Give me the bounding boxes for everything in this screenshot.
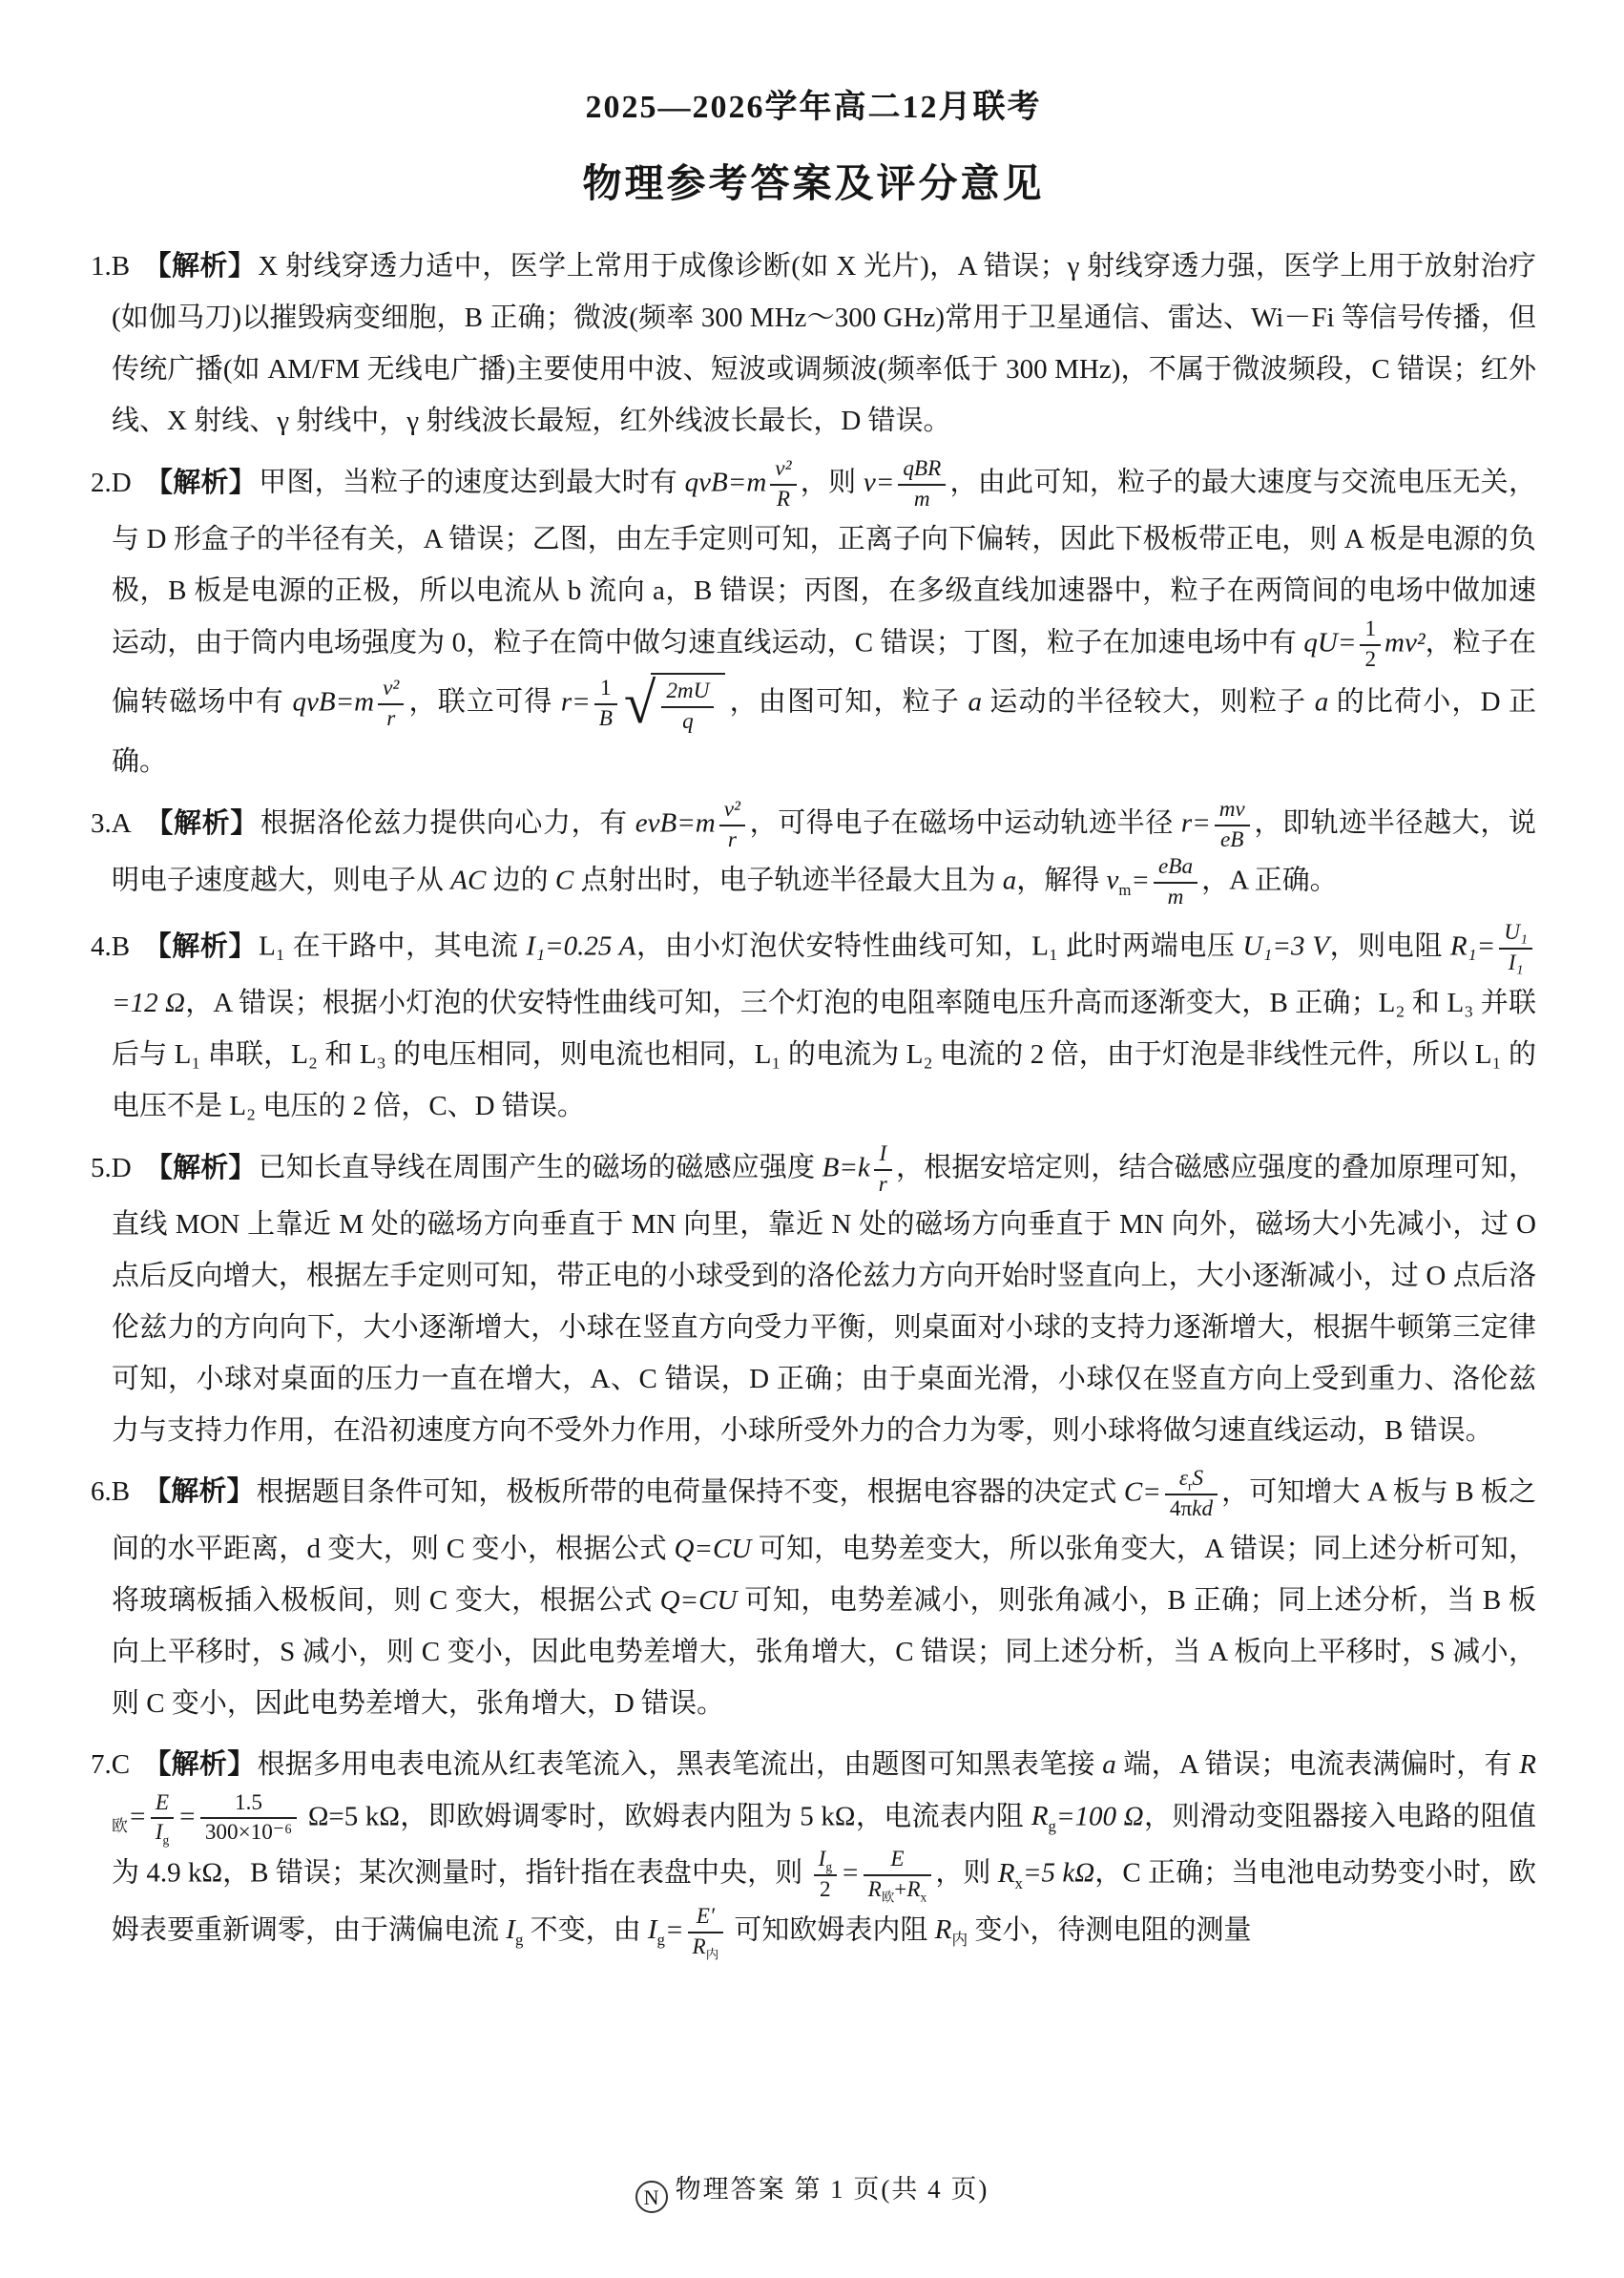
text-run: 300×10⁻⁶ bbox=[205, 1820, 292, 1845]
math-variable: C bbox=[555, 865, 573, 895]
math-variable: = bbox=[177, 1801, 197, 1831]
text-run: L₁ 在干路中，其电流 bbox=[259, 931, 526, 962]
text-run: ，则电阻 bbox=[1329, 931, 1450, 962]
math-variable: r bbox=[728, 827, 737, 852]
math-variable: r= bbox=[561, 687, 591, 718]
subscripted-variable: Ig bbox=[506, 1914, 523, 1945]
text-run: ，则 bbox=[801, 468, 864, 498]
text-run: 1 bbox=[1364, 617, 1376, 641]
answers-list: 1.B【解析】X 射线穿透力适中，医学上常用于成像诊断(如 X 光片)，A 错误… bbox=[91, 240, 1536, 1961]
math-variable: v= bbox=[864, 468, 894, 498]
math-variable: v² bbox=[775, 456, 791, 481]
answer-item: 6.B【解析】根据题目条件可知，极板所带的电荷量保持不变，根据电容器的决定式 C… bbox=[91, 1466, 1536, 1729]
text-run: 1.5 bbox=[235, 1790, 262, 1815]
fraction: v²r bbox=[719, 797, 745, 854]
math-variable: I₁=0.25 A bbox=[526, 931, 635, 962]
math-variable: I bbox=[879, 1141, 886, 1166]
text-run: ，根据安培定则，结合磁感应强度的叠加原理可知，直线 MON 上靠近 M 处的磁场… bbox=[112, 1153, 1536, 1446]
analysis-tag: 【解析】 bbox=[143, 1476, 254, 1507]
fraction: 12 bbox=[1360, 617, 1381, 674]
fraction: mveB bbox=[1215, 797, 1250, 854]
fraction: v²r bbox=[378, 676, 404, 733]
answer-item: 4.B【解析】L₁ 在干路中，其电流 I₁=0.25 A，由小灯泡伏安特性曲线可… bbox=[91, 920, 1536, 1132]
math-variable: =5 kΩ bbox=[1023, 1858, 1094, 1889]
text-run: 1 bbox=[600, 676, 612, 700]
fraction: qBRm bbox=[898, 456, 946, 513]
text-run: ，A 正确。 bbox=[1201, 865, 1338, 895]
text-run: 甲图，当粒子的速度达到最大时有 bbox=[259, 468, 685, 498]
fraction: 1B bbox=[594, 676, 617, 733]
math-variable: qvB=m bbox=[685, 468, 767, 498]
segment-group: εrS bbox=[1179, 1466, 1203, 1491]
text-run: ，可得电子在磁场中运动轨迹半径 bbox=[749, 808, 1181, 839]
subscripted-variable: εr bbox=[1179, 1466, 1193, 1491]
math-variable: Q=CU bbox=[674, 1534, 751, 1564]
math-variable: m bbox=[914, 487, 930, 512]
text-run: ，则 bbox=[935, 1858, 998, 1889]
text-run: 根据题目条件可知，极板所带的电荷量保持不变，根据电容器的决定式 bbox=[257, 1476, 1124, 1507]
math-variable: S bbox=[1192, 1466, 1203, 1491]
text-run: 根据多用电表电流从红表笔流入，黑表笔流出，由题图可知黑表笔接 bbox=[257, 1749, 1102, 1780]
analysis-tag: 【解析】 bbox=[143, 251, 256, 282]
text-run: 端，A 错误；电流表满偏时，有 bbox=[1116, 1749, 1520, 1780]
math-variable: qvB=m bbox=[293, 687, 375, 718]
math-variable: r= bbox=[1181, 808, 1211, 839]
square-root: √2mUq bbox=[624, 673, 726, 736]
subscripted-variable: Rg bbox=[1031, 1801, 1056, 1831]
text-run: 运动的半径较大，则粒子 bbox=[982, 687, 1315, 718]
fraction: Ig2 bbox=[814, 1847, 837, 1904]
fraction: εrS4πkd bbox=[1165, 1466, 1218, 1523]
subscripted-variable: Ig bbox=[156, 1820, 169, 1845]
math-variable: kd bbox=[1192, 1496, 1213, 1521]
text-run: 边的 bbox=[486, 865, 555, 895]
math-variable: r bbox=[879, 1172, 887, 1197]
text-run: ，联立可得 bbox=[407, 687, 561, 718]
math-variable: v² bbox=[724, 797, 740, 822]
answer-key-subtitle: 物理参考答案及评分意见 bbox=[91, 152, 1536, 208]
math-variable: eB bbox=[1220, 827, 1243, 852]
fraction: E′R内 bbox=[688, 1904, 724, 1961]
answer-number: 5.D bbox=[91, 1153, 132, 1183]
text-run: 点射出时，电子轨迹半径最大且为 bbox=[573, 865, 1003, 895]
answer-number: 3.A bbox=[91, 808, 132, 839]
text-run: ，A 错误；根据小灯泡的伏安特性曲线可知，三个灯泡的电阻率随电压升高而逐渐变大，… bbox=[112, 988, 1536, 1121]
answer-number: 1.B bbox=[91, 251, 130, 282]
text-run: ，由图可知，粒子 bbox=[728, 687, 968, 718]
answer-item: 5.D【解析】已知长直导线在周围产生的磁场的磁感应强度 B=kIr，根据安培定则… bbox=[91, 1141, 1536, 1456]
math-variable: =100 Ω bbox=[1056, 1801, 1144, 1831]
subscripted-variable: R内 bbox=[935, 1914, 968, 1945]
publisher-circle-n-icon: N bbox=[635, 2181, 668, 2213]
math-variable: AC bbox=[450, 865, 486, 895]
analysis-tag: 【解析】 bbox=[145, 468, 257, 498]
math-variable: B bbox=[599, 706, 613, 731]
text-run: 4π bbox=[1170, 1496, 1192, 1521]
math-variable: E bbox=[156, 1790, 169, 1815]
math-variable: qBR bbox=[903, 456, 941, 481]
text-run: ，解得 bbox=[1016, 865, 1106, 895]
subscripted-variable: Rx bbox=[998, 1858, 1023, 1889]
answer-number: 2.D bbox=[91, 468, 132, 498]
subscripted-variable: Ig bbox=[819, 1847, 832, 1871]
exam-title: 2025—2026学年高二12月联考 bbox=[91, 80, 1536, 127]
text-run: 2 bbox=[820, 1877, 831, 1902]
fraction: 1.5300×10⁻⁶ bbox=[200, 1790, 297, 1848]
text-run: 不变，由 bbox=[523, 1914, 648, 1945]
math-variable: m bbox=[1168, 885, 1184, 909]
math-variable: mv bbox=[1219, 797, 1245, 822]
math-variable: = bbox=[128, 1801, 147, 1831]
subscripted-variable: R欧 bbox=[868, 1877, 895, 1902]
page-footer: N物理答案 第 1 页(共 4 页) bbox=[0, 2168, 1624, 2213]
math-variable: =12 Ω bbox=[112, 988, 185, 1018]
text-run: Ω=5 kΩ，即欧姆调零时，欧姆表内阻为 5 kΩ，电流表内阻 bbox=[301, 1801, 1031, 1831]
math-variable: r bbox=[386, 706, 395, 731]
text-run: 根据洛伦兹力提供向心力，有 bbox=[260, 808, 635, 839]
math-variable: Q=CU bbox=[660, 1585, 738, 1616]
math-variable: I₁ bbox=[1509, 951, 1524, 975]
analysis-tag: 【解析】 bbox=[143, 1749, 255, 1780]
analysis-tag: 【解析】 bbox=[143, 931, 257, 962]
analysis-tag: 【解析】 bbox=[145, 808, 259, 839]
fraction: ER欧+Rx bbox=[864, 1847, 932, 1904]
fraction: v²R bbox=[770, 456, 796, 513]
math-variable: a bbox=[1315, 687, 1329, 718]
text-run: 2 bbox=[1364, 647, 1376, 672]
analysis-tag: 【解析】 bbox=[145, 1153, 257, 1183]
math-variable: evB=m bbox=[635, 808, 716, 839]
subscripted-variable: vm bbox=[1106, 865, 1131, 895]
answer-number: 7.C bbox=[91, 1749, 130, 1780]
math-variable: R₁= bbox=[1450, 931, 1495, 962]
math-variable: = bbox=[1131, 865, 1150, 895]
fraction: eBam bbox=[1154, 854, 1197, 911]
answer-item: 1.B【解析】X 射线穿透力适中，医学上常用于成像诊断(如 X 光片)，A 错误… bbox=[91, 240, 1536, 447]
math-variable: R bbox=[777, 487, 790, 512]
segment-group: Ig bbox=[819, 1847, 832, 1871]
text-run: 可知欧姆表内阻 bbox=[727, 1914, 935, 1945]
subscripted-variable: R内 bbox=[693, 1934, 719, 1959]
text-run: ，由小灯泡伏安特性曲线可知，L₁ 此时两端电压 bbox=[635, 931, 1242, 962]
math-variable: E bbox=[890, 1847, 904, 1871]
fraction: EIg bbox=[151, 1790, 174, 1848]
fraction: Ir bbox=[874, 1141, 892, 1199]
subscripted-variable: Rx bbox=[906, 1877, 927, 1902]
text-run: + bbox=[894, 1877, 906, 1902]
math-variable: a bbox=[1102, 1749, 1116, 1780]
math-variable: eBa bbox=[1158, 854, 1193, 879]
math-variable: = bbox=[665, 1914, 684, 1945]
math-variable: qU= bbox=[1303, 627, 1356, 658]
math-variable: a bbox=[1003, 865, 1017, 895]
page-number-text: 物理答案 第 1 页(共 4 页) bbox=[676, 2175, 989, 2204]
answer-item: 7.C【解析】根据多用电表电流从红表笔流入，黑表笔流出，由题图可知黑表笔接 a … bbox=[91, 1739, 1536, 1961]
answer-number: 6.B bbox=[91, 1476, 130, 1507]
segment-group: 4πkd bbox=[1170, 1496, 1213, 1521]
segment-group: R欧+Rx bbox=[868, 1877, 927, 1902]
math-variable: E′ bbox=[697, 1904, 715, 1929]
math-variable: U₁=3 V bbox=[1242, 931, 1329, 962]
fraction: 2mUq bbox=[661, 679, 714, 736]
math-variable: U₁ bbox=[1504, 920, 1528, 945]
text-run: X 射线穿透力适中，医学上常用于成像诊断(如 X 光片)，A 错误；γ 射线穿透… bbox=[112, 251, 1536, 436]
document-page: 2025—2026学年高二12月联考 物理参考答案及评分意见 1.B【解析】X … bbox=[0, 0, 1624, 2278]
math-variable: mv² bbox=[1385, 627, 1426, 658]
segment-group: R内 bbox=[693, 1934, 719, 1959]
math-variable: a bbox=[968, 687, 982, 718]
answer-number: 4.B bbox=[91, 931, 130, 962]
math-variable: = bbox=[841, 1858, 860, 1889]
text-run: 变小，待测电阻的测量 bbox=[968, 1914, 1251, 1945]
math-variable: B=k bbox=[822, 1153, 870, 1183]
math-variable: 2mU bbox=[666, 679, 709, 703]
math-variable: q bbox=[682, 709, 694, 734]
answer-item: 2.D【解析】甲图，当粒子的速度达到最大时有 qvB=mv²R，则 v=qBRm… bbox=[91, 456, 1536, 787]
text-run: 已知长直导线在周围产生的磁场的磁感应强度 bbox=[259, 1153, 822, 1183]
fraction: U₁I₁ bbox=[1499, 920, 1532, 977]
math-variable: v² bbox=[383, 676, 399, 700]
answer-item: 3.A【解析】根据洛伦兹力提供向心力，有 evB=mv²r，可得电子在磁场中运动… bbox=[91, 797, 1536, 910]
subscripted-variable: Ig bbox=[648, 1914, 665, 1945]
segment-group: Ig bbox=[156, 1820, 169, 1845]
math-variable: C= bbox=[1124, 1476, 1161, 1507]
